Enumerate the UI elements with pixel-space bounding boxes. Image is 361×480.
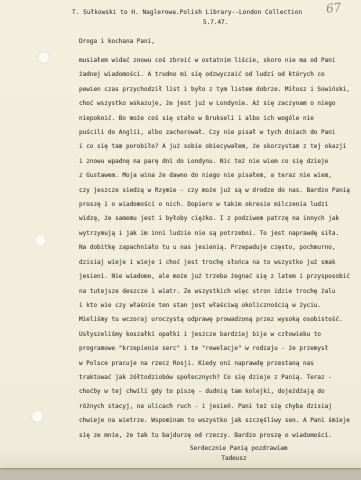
- letter-line: i znowu wpadnę na parę dni do Londynu. N…: [79, 155, 357, 169]
- page-number-annotation: 67: [325, 0, 342, 16]
- letter-line: na tutejsze deszcze i wiatr. Ze wszystki…: [79, 285, 357, 299]
- signature: Tadeusz: [190, 454, 300, 464]
- letter-line: i kto wie czy właśnie ten stan jest właś…: [79, 299, 357, 313]
- letter-line: i co się tam porobiło? A już sobie obiec…: [79, 140, 357, 154]
- closing-block: Serdecznie Panią pozdrawiam Tadeusz: [190, 444, 300, 463]
- letter-line: Usłyszeliśmy koszałki opałki i jeszcze b…: [79, 328, 357, 342]
- letter-line: czy jeszcze siedzą w Rzymie - czy może j…: [79, 184, 357, 198]
- closing-line: Serdecznie Panią pozdrawiam: [190, 444, 300, 454]
- letter-line: chwieje na wietrze. Wspominam to wszystk…: [79, 414, 357, 428]
- letter-line: dzisiaj wieje i wieje i choć jest trochę…: [79, 256, 357, 270]
- letter-line: traktować jak żółtodziobów społecznych? …: [79, 371, 357, 385]
- letter-line: jesieni. Nie wiadomo, ale może już trzeb…: [79, 270, 357, 284]
- letter-body: musiałem widać znowu coś zbroić w ostatn…: [79, 54, 357, 443]
- letter-line: pewien czas przychodził list i było z ty…: [79, 83, 357, 97]
- letter-line: wytrzymują i jak im inni ludzie nie są p…: [79, 227, 357, 241]
- letter-line: puścili do Anglii, albo zachorował. Czy …: [79, 126, 357, 140]
- salutation: Droga i kochana Pani,: [79, 38, 155, 45]
- letter-line: niepokoić. Bo może coś się stało w Bruks…: [79, 112, 357, 126]
- letter-date: 5.7.47.: [203, 19, 228, 26]
- letter-paper: T. Sułkowski to H. Naglerowa.Polish Libr…: [0, 0, 361, 468]
- punch-hole-middle: [34, 234, 47, 247]
- letter-line: w Polsce pracuje na rzecz Rosji. Kiedy o…: [79, 357, 357, 371]
- punch-hole-top: [37, 51, 50, 64]
- archive-collection-header: T. Sułkowski to H. Naglerowa.Polish Libr…: [72, 9, 312, 16]
- letter-line: różnych stacyj, na ulicach ruch - i jesi…: [79, 400, 357, 414]
- letter-line: żadnej wiadomości. A trudno mi się odzwy…: [79, 68, 357, 82]
- letter-line: programowe "krzepienie serc" i te "rewel…: [79, 342, 357, 356]
- letter-line: proszę i o wiadomości o nich. Dopiero w …: [79, 198, 357, 212]
- letter-line: Mieliśmy tu wczoraj uroczystą odprawę pr…: [79, 313, 357, 327]
- letter-line: choćby w tej chwili gdy to piszę - dudni…: [79, 385, 357, 399]
- letter-line: choć wszystko wskazuje, że jest już w Lo…: [79, 97, 357, 111]
- scan-background: T. Sułkowski to H. Naglerowa.Polish Libr…: [0, 0, 361, 480]
- letter-line: Na dobitkę zapachniało tu u nas jesienią…: [79, 241, 357, 255]
- letter-line: z Gustawem. Moja wina że dawno do niego …: [79, 169, 357, 183]
- letter-line: musiałem widać znowu coś zbroić w ostatn…: [79, 54, 357, 68]
- punch-hole-bottom: [31, 410, 44, 423]
- letter-line: widzę, że samemu jest i byłoby ciężko. I…: [79, 212, 357, 226]
- letter-line: się ze mnie, że tak tu bajdurzę od rzecz…: [79, 429, 357, 443]
